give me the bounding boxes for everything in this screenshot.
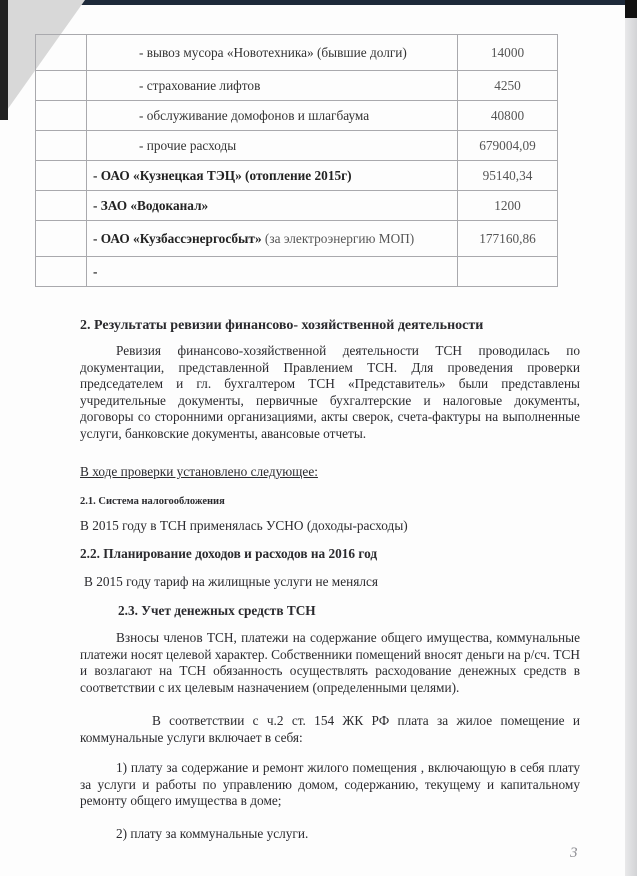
table-row: - ЗАО «Водоканал»1200 — [36, 191, 558, 221]
page-number: 3 — [570, 845, 578, 862]
row-label: - ЗАО «Водоканал» — [87, 191, 458, 221]
law-paragraph: В соответствии с ч.2 ст. 154 ЖК РФ плата… — [80, 713, 580, 746]
row-label: - страхование лифтов — [87, 71, 458, 101]
scan-left-edge — [0, 0, 8, 120]
row-label: - ОАО «Кузбассэнергосбыт» (за электроэне… — [87, 221, 458, 257]
table-row: - ОАО «Кузнецкая ТЭЦ» (отопление 2015г)9… — [36, 161, 558, 191]
row-index-cell — [36, 101, 87, 131]
row-label: - прочие расходы — [87, 131, 458, 161]
findings-intro: В ходе проверки установлено следующее: — [80, 464, 580, 481]
row-index-cell — [36, 257, 87, 287]
funds-paragraph: Взносы членов ТСН, платежи на содержание… — [80, 630, 580, 696]
table-row: - страхование лифтов4250 — [36, 71, 558, 101]
row-index-cell — [36, 161, 87, 191]
table-row: - ОАО «Кузбассэнергосбыт» (за электроэне… — [36, 221, 558, 257]
section-2-3-heading: 2.3. Учет денежных средств ТСН — [118, 603, 618, 620]
expenses-table: - вывоз мусора «Новотехника» (бывшие дол… — [35, 34, 558, 287]
row-amount: 177160,86 — [458, 221, 558, 257]
row-label: - обслуживание домофонов и шлагбаума — [87, 101, 458, 131]
row-amount: 14000 — [458, 35, 558, 71]
row-label: - — [87, 257, 458, 287]
table-row: - вывоз мусора «Новотехника» (бывшие дол… — [36, 35, 558, 71]
section-2-heading: 2. Результаты ревизии финансово- хозяйст… — [80, 318, 580, 335]
section-2-1-heading: 2.1. Система налогообложения — [80, 494, 580, 511]
section-2-2-text: В 2015 году тариф на жилищные услуги не … — [84, 574, 584, 591]
table-row: - обслуживание домофонов и шлагбаума4080… — [36, 101, 558, 131]
list-item-2: 2) плату за коммунальные услуги. — [116, 826, 616, 843]
scan-right-corner — [625, 0, 637, 18]
row-amount: 4250 — [458, 71, 558, 101]
list-item-1: 1) плату за содержание и ремонт жилого п… — [80, 760, 580, 810]
row-index-cell — [36, 191, 87, 221]
row-label: - ОАО «Кузнецкая ТЭЦ» (отопление 2015г) — [87, 161, 458, 191]
row-amount — [458, 257, 558, 287]
audit-paragraph: Ревизия финансово-хозяйственной деятельн… — [80, 343, 580, 442]
table-row: - прочие расходы679004,09 — [36, 131, 558, 161]
row-amount: 40800 — [458, 101, 558, 131]
row-index-cell — [36, 131, 87, 161]
section-2-2-heading: 2.2. Планирование доходов и расходов на … — [80, 546, 580, 563]
scan-right-edge — [625, 0, 637, 876]
section-2-1-text: В 2015 году в ТСН применялась УСНО (дохо… — [80, 518, 580, 535]
row-label-suffix: (за электроэнергию МОП) — [262, 231, 415, 246]
table-row: - — [36, 257, 558, 287]
row-label: - вывоз мусора «Новотехника» (бывшие дол… — [87, 35, 458, 71]
row-index-cell — [36, 221, 87, 257]
row-amount: 679004,09 — [458, 131, 558, 161]
scan-top-edge — [0, 0, 637, 5]
row-amount: 1200 — [458, 191, 558, 221]
row-index-cell — [36, 71, 87, 101]
row-index-cell — [36, 35, 87, 71]
row-amount: 95140,34 — [458, 161, 558, 191]
